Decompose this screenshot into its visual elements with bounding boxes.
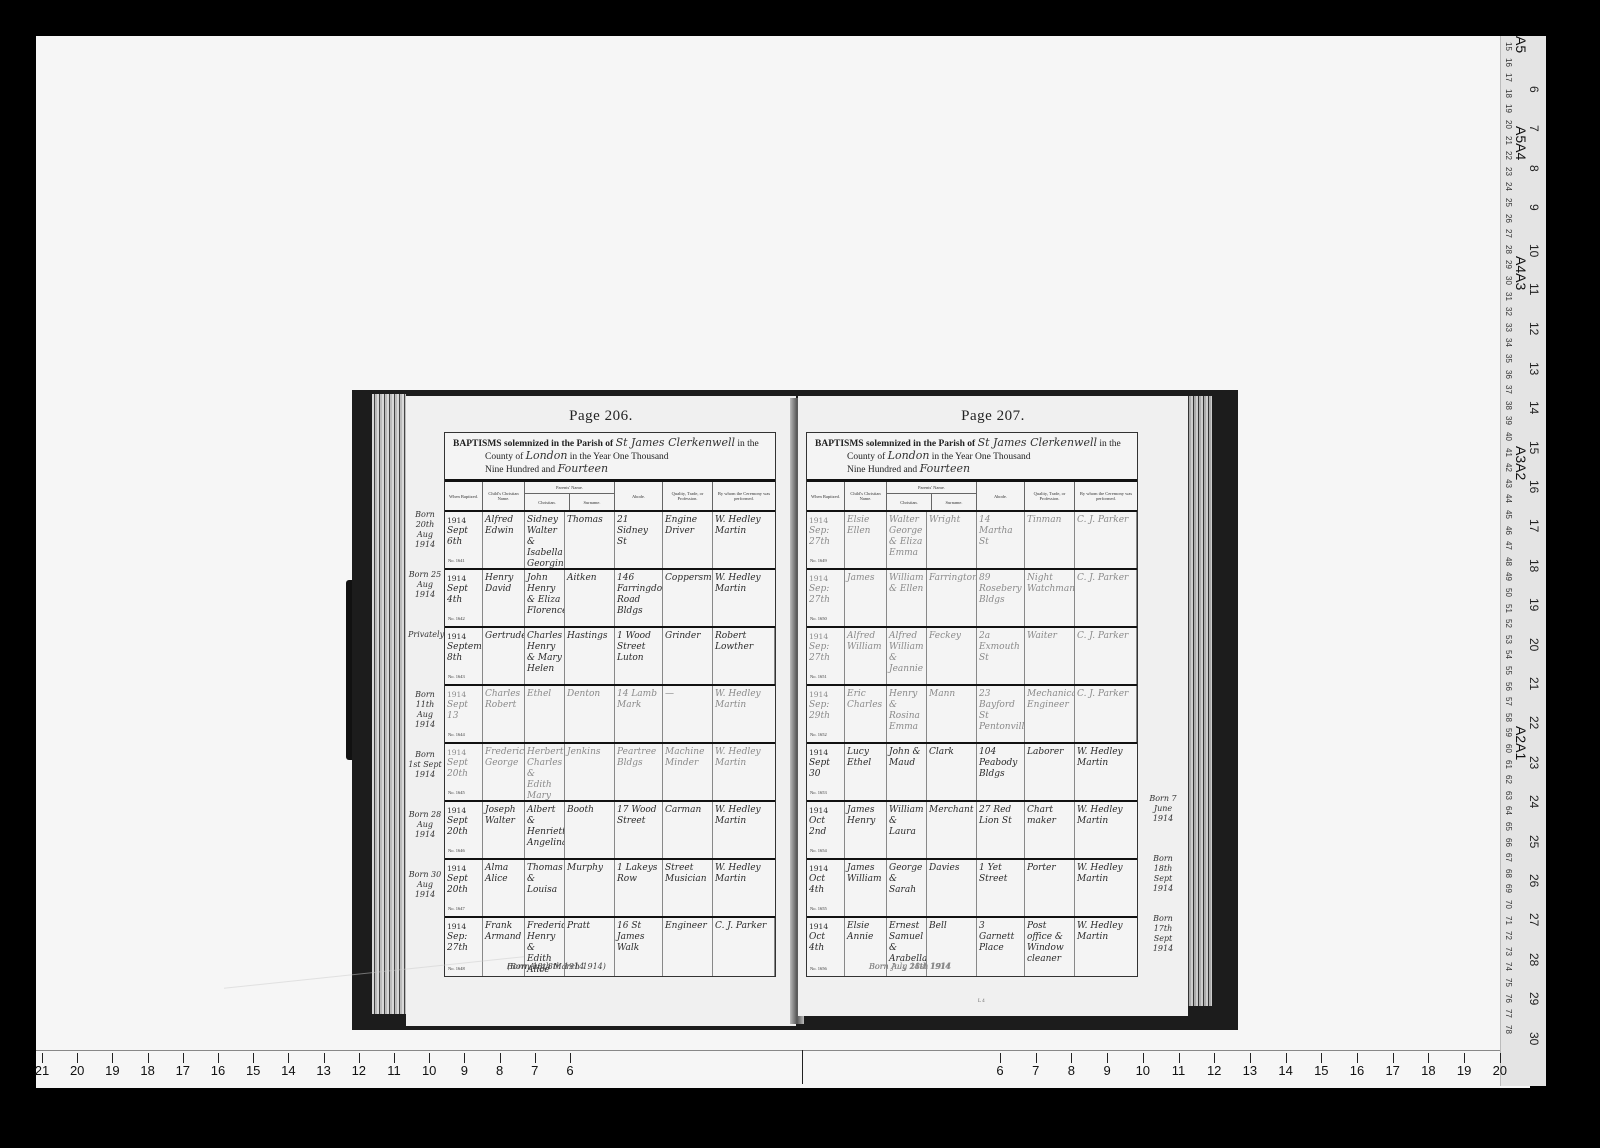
ruler-cm-label: 54 bbox=[1504, 650, 1513, 659]
ruler-tick bbox=[1500, 1053, 1501, 1063]
county-name: London bbox=[526, 449, 568, 462]
cell-child-name: Frederick George bbox=[483, 744, 525, 800]
ruler-label: 20 bbox=[1493, 1063, 1507, 1078]
header-text: in the Year One Thousand bbox=[932, 452, 1031, 462]
cell-when-baptized: 1914Sept 20thNo. 1647 bbox=[445, 860, 483, 916]
ruler-cm-label: 62 bbox=[1504, 775, 1513, 784]
entry-number: No. 1641 bbox=[448, 555, 465, 566]
ruler-tick bbox=[1143, 1053, 1144, 1063]
cell-when-baptized: 1914Sept 4thNo. 1642 bbox=[445, 570, 483, 626]
entry-number: No. 1652 bbox=[810, 729, 827, 740]
ruler-cm-label: 24 bbox=[1504, 182, 1513, 191]
ruler-cm-label: 72 bbox=[1504, 931, 1513, 940]
ruler-cm-label: 39 bbox=[1504, 416, 1513, 425]
ruler-label: 16 bbox=[211, 1063, 225, 1078]
ruler-label: 6 bbox=[566, 1063, 573, 1078]
entry-year: 1914 bbox=[809, 689, 842, 700]
cell-profession: Engineer bbox=[663, 918, 713, 976]
cell-child-name: Gertrude bbox=[483, 628, 525, 684]
ruler-inch-label: 8 bbox=[1527, 165, 1541, 172]
entry-year: 1914 bbox=[809, 573, 842, 584]
ruler-inch-label: 23 bbox=[1527, 756, 1541, 769]
ruler-inch-label: 10 bbox=[1527, 244, 1541, 257]
cell-surname: Jenkins bbox=[565, 744, 615, 800]
entry-number: No. 1650 bbox=[810, 613, 827, 624]
col-profession: Quality, Trade, or Profession. bbox=[663, 482, 713, 510]
cell-when-baptized: 1914Sept 20thNo. 1645 bbox=[445, 744, 483, 800]
ruler-tick bbox=[288, 1053, 289, 1063]
register-entry: 1914Sept 6thNo. 1641Alfred EdwinSidney W… bbox=[445, 512, 775, 570]
cell-profession: — bbox=[663, 686, 713, 742]
header-text: in the bbox=[737, 439, 758, 449]
ruler-tick bbox=[1321, 1053, 1322, 1063]
col-abode: Abode. bbox=[977, 482, 1025, 510]
left-page: Page 206. BAPTISMS solemnized in the Par… bbox=[406, 396, 796, 1026]
cell-when-baptized: 1914Sept 6thNo. 1641 bbox=[445, 512, 483, 568]
ruler-inch-label: 25 bbox=[1527, 835, 1541, 848]
col-when-baptized: When Baptized. bbox=[445, 482, 483, 510]
ruler-tick bbox=[535, 1053, 536, 1063]
register-entry: 1914Oct 4thNo. 1656Elsie AnnieErnest Sam… bbox=[807, 918, 1137, 976]
entry-date: Oct 4th bbox=[809, 874, 842, 896]
entry-year: 1914 bbox=[447, 863, 480, 874]
cell-child-name: James bbox=[845, 570, 887, 626]
ruler-inch-label: 17 bbox=[1527, 519, 1541, 532]
ruler-cm-label: 44 bbox=[1504, 494, 1513, 503]
ruler-cm-label: 40 bbox=[1504, 432, 1513, 441]
ruler-cm-label: 21 bbox=[1504, 136, 1513, 145]
col-profession: Quality, Trade, or Profession. bbox=[1025, 482, 1075, 510]
cell-profession: Machine Minder bbox=[663, 744, 713, 800]
ruler-cm-label: 38 bbox=[1504, 401, 1513, 410]
cell-profession: Night Watchman bbox=[1025, 570, 1075, 626]
ruler-inch-label: 27 bbox=[1527, 913, 1541, 926]
ruler-cm-label: 46 bbox=[1504, 526, 1513, 535]
ruler-inch-label: 14 bbox=[1527, 401, 1541, 414]
cell-parents-christian: Thomas & Louisa bbox=[525, 860, 565, 916]
ruler-label: 7 bbox=[531, 1063, 538, 1078]
ruler-label: 10 bbox=[1136, 1063, 1150, 1078]
margin-birth-note: Born 1st Sept 1914 bbox=[408, 750, 442, 780]
entry-date: Sept 30 bbox=[809, 758, 842, 780]
col-child-name: Child's Christian Name. bbox=[483, 482, 525, 510]
ruler-inch-label: 20 bbox=[1527, 638, 1541, 651]
entry-number: No. 1655 bbox=[810, 903, 827, 914]
ruler-label: 12 bbox=[1207, 1063, 1221, 1078]
cell-profession: Laborer bbox=[1025, 744, 1075, 800]
ruler-tick bbox=[1179, 1053, 1180, 1063]
cell-abode: 16 St James Walk bbox=[615, 918, 663, 976]
ruler-cm-label: 61 bbox=[1504, 760, 1513, 769]
margin-birth-note: Born 18th Sept 1914 bbox=[1146, 854, 1180, 894]
register-header: BAPTISMS solemnized in the Parish of St … bbox=[807, 433, 1137, 482]
header-text: in the bbox=[1099, 439, 1120, 449]
ruler-inch-label: 7 bbox=[1527, 125, 1541, 132]
entry-date: Sept 20th bbox=[447, 758, 480, 780]
ruler-paper-size-label: A4A3 bbox=[1513, 256, 1529, 290]
ruler-cm-label: 18 bbox=[1504, 89, 1513, 98]
entry-year: 1914 bbox=[447, 747, 480, 758]
ruler-paper-size-label: A2A1 bbox=[1513, 726, 1529, 760]
cell-abode: Peartree Bldgs bbox=[615, 744, 663, 800]
page-edges-right bbox=[1186, 396, 1212, 1006]
cell-child-name: Henry David bbox=[483, 570, 525, 626]
ruler-cm-label: 68 bbox=[1504, 869, 1513, 878]
ruler-cm-label: 22 bbox=[1504, 151, 1513, 160]
cell-when-baptized: 1914Sept 20thNo. 1646 bbox=[445, 802, 483, 858]
ruler-cm-label: 33 bbox=[1504, 323, 1513, 332]
ruler-cm-label: 26 bbox=[1504, 214, 1513, 223]
ruler-cm-label: 50 bbox=[1504, 588, 1513, 597]
entry-number: No. 1649 bbox=[810, 555, 827, 566]
cell-surname: Aitken bbox=[565, 570, 615, 626]
cell-abode: 21 Sidney St bbox=[615, 512, 663, 568]
ruler-label: 13 bbox=[1243, 1063, 1257, 1078]
ruler-tick bbox=[1071, 1053, 1072, 1063]
cell-profession: Tinman bbox=[1025, 512, 1075, 568]
ruler-cm-label: 16 bbox=[1504, 58, 1513, 67]
ruler-tick bbox=[218, 1053, 219, 1063]
cell-officiant: C. J. Parker bbox=[1075, 628, 1137, 684]
cell-parents-christian: William & Laura bbox=[887, 802, 927, 858]
page-edges-left bbox=[372, 394, 406, 1014]
cell-officiant: C. J. Parker bbox=[1075, 686, 1137, 742]
ruler-label: 8 bbox=[496, 1063, 503, 1078]
cell-abode: 14 Martha St bbox=[977, 512, 1025, 568]
county-name: London bbox=[888, 449, 930, 462]
ruler-cm-label: 25 bbox=[1504, 198, 1513, 207]
entry-year: 1914 bbox=[447, 805, 480, 816]
cell-parents-christian: Herbert Charles & Edith Mary bbox=[525, 744, 565, 800]
ruler-label: 17 bbox=[176, 1063, 190, 1078]
cell-when-baptized: 1914Sept 30No. 1653 bbox=[807, 744, 845, 800]
header-text: Nine Hundred and bbox=[847, 465, 917, 475]
ruler-label: 6 bbox=[996, 1063, 1003, 1078]
cell-parents-christian: William & Ellen bbox=[887, 570, 927, 626]
ruler-tick bbox=[1428, 1053, 1429, 1063]
cell-officiant: W. Hedley Martin bbox=[713, 686, 775, 742]
col-child-name: Child's Christian Name. bbox=[845, 482, 887, 510]
ruler-cm-label: 27 bbox=[1504, 229, 1513, 238]
cell-surname: Booth bbox=[565, 802, 615, 858]
year-word: Fourteen bbox=[920, 462, 971, 475]
cell-officiant: W. Hedley Martin bbox=[713, 744, 775, 800]
ruler-inch-label: 24 bbox=[1527, 795, 1541, 808]
entry-number: No. 1642 bbox=[448, 613, 465, 624]
ruler-cm-label: 20 bbox=[1504, 120, 1513, 129]
ruler-cm-label: 15 bbox=[1504, 42, 1513, 51]
entry-year: 1914 bbox=[447, 573, 480, 584]
ruler-tick bbox=[1357, 1053, 1358, 1063]
ruler-cm-label: 23 bbox=[1504, 167, 1513, 176]
entry-year: 1914 bbox=[809, 631, 842, 642]
cell-officiant: W. Hedley Martin bbox=[1075, 918, 1137, 976]
entry-number: No. 1646 bbox=[448, 845, 465, 856]
entry-date: Sep: 27th bbox=[809, 584, 842, 606]
cell-surname: Hastings bbox=[565, 628, 615, 684]
ruler-inch-label: 12 bbox=[1527, 322, 1541, 335]
entry-date: Sept 20th bbox=[447, 816, 480, 838]
ruler-tick bbox=[253, 1053, 254, 1063]
ruler-label: 21 bbox=[35, 1063, 49, 1078]
ruler-cm-label: 41 bbox=[1504, 448, 1513, 457]
cell-profession: Engine Driver bbox=[663, 512, 713, 568]
ruler-tick bbox=[324, 1053, 325, 1063]
ruler-tick bbox=[183, 1053, 184, 1063]
cell-child-name: Alfred Edwin bbox=[483, 512, 525, 568]
cell-surname: Wright bbox=[927, 512, 977, 568]
col-officiant: By whom the Ceremony was performed. bbox=[713, 482, 775, 510]
ruler-cm-label: 28 bbox=[1504, 245, 1513, 254]
ruler-cm-label: 53 bbox=[1504, 635, 1513, 644]
cell-officiant: W. Hedley Martin bbox=[713, 512, 775, 568]
ruler-label: 13 bbox=[316, 1063, 330, 1078]
register-entry: 1914Oct 4thNo. 1655James WilliamGeorge &… bbox=[807, 860, 1137, 918]
ruler-label: 15 bbox=[246, 1063, 260, 1078]
cell-when-baptized: 1914Oct 4thNo. 1656 bbox=[807, 918, 845, 976]
cell-abode: 23 Bayford St Pentonville bbox=[977, 686, 1025, 742]
ruler-label: 8 bbox=[1068, 1063, 1075, 1078]
cell-abode: 1 Lakeys Row bbox=[615, 860, 663, 916]
cell-abode: 146 Farringdon Road Bldgs bbox=[615, 570, 663, 626]
cell-parents-christian: Albert & Henrietta Angelina bbox=[525, 802, 565, 858]
cell-surname: Davies bbox=[927, 860, 977, 916]
entry-year: 1914 bbox=[447, 689, 480, 700]
cell-profession: Coppersmith bbox=[663, 570, 713, 626]
entry-number: No. 1653 bbox=[810, 787, 827, 798]
ruler-cm-label: 17 bbox=[1504, 73, 1513, 82]
cell-abode: 1 Wood Street Luton bbox=[615, 628, 663, 684]
entry-number: No. 1654 bbox=[810, 845, 827, 856]
ruler-cm-label: 63 bbox=[1504, 791, 1513, 800]
ruler-cm-label: 74 bbox=[1504, 962, 1513, 971]
cell-abode: 27 Red Lion St bbox=[977, 802, 1025, 858]
entry-date: Sep: 27th bbox=[809, 642, 842, 664]
ruler-center-mark bbox=[802, 1050, 803, 1084]
ruler-label: 15 bbox=[1314, 1063, 1328, 1078]
cell-surname: Clark bbox=[927, 744, 977, 800]
entry-date: September 8th bbox=[447, 642, 480, 664]
margin-birth-note: Born 11th Aug 1914 bbox=[408, 690, 442, 730]
parish-name: St James Clerkenwell bbox=[978, 436, 1097, 449]
cell-child-name: Alfred William bbox=[845, 628, 887, 684]
vertical-ruler: 1516171819202122232425262728293031323334… bbox=[1500, 36, 1546, 1086]
ruler-cm-label: 37 bbox=[1504, 385, 1513, 394]
ruler-cm-label: 34 bbox=[1504, 338, 1513, 347]
col-abode: Abode. bbox=[615, 482, 663, 510]
column-headers: When Baptized. Child's Christian Name. P… bbox=[445, 482, 775, 512]
ruler-inch-label: 9 bbox=[1527, 204, 1541, 211]
margin-birth-note: Privately bbox=[408, 630, 442, 640]
cell-officiant: C. J. Parker bbox=[1075, 570, 1137, 626]
ruler-cm-label: 35 bbox=[1504, 354, 1513, 363]
cell-profession: Porter bbox=[1025, 860, 1075, 916]
cell-surname: Denton bbox=[565, 686, 615, 742]
margin-birth-note: Born 7 June 1914 bbox=[1146, 794, 1180, 824]
cell-when-baptized: 1914Sep: 27thNo. 1651 bbox=[807, 628, 845, 684]
ruler-cm-label: 67 bbox=[1504, 853, 1513, 862]
cell-when-baptized: 1914Sept 13No. 1644 bbox=[445, 686, 483, 742]
ruler-cm-label: 52 bbox=[1504, 619, 1513, 628]
ruler-cm-label: 32 bbox=[1504, 307, 1513, 316]
cell-profession: Chart maker bbox=[1025, 802, 1075, 858]
ruler-cm-label: 49 bbox=[1504, 572, 1513, 581]
register-entry: 1914Sept 20thNo. 1645Frederick GeorgeHer… bbox=[445, 744, 775, 802]
ruler-tick bbox=[1250, 1053, 1251, 1063]
ruler-label: 18 bbox=[1421, 1063, 1435, 1078]
ruler-tick bbox=[77, 1053, 78, 1063]
entry-year: 1914 bbox=[447, 515, 480, 526]
ruler-cm-label: 65 bbox=[1504, 822, 1513, 831]
ruler-inch-label: 21 bbox=[1527, 677, 1541, 690]
entry-date: Sept 20th bbox=[447, 874, 480, 896]
cell-child-name: Elsie Ellen bbox=[845, 512, 887, 568]
ruler-tick bbox=[1464, 1053, 1465, 1063]
register-entry: 1914Sep: 27thNo. 1650JamesWilliam & Elle… bbox=[807, 570, 1137, 628]
cell-officiant: Robert Lowther bbox=[713, 628, 775, 684]
ruler-tick bbox=[359, 1053, 360, 1063]
cell-abode: 14 Lamb Mark bbox=[615, 686, 663, 742]
cell-parents-christian: Sidney Walter & Isabella Georgina bbox=[525, 512, 565, 568]
page-number: Page 207. bbox=[798, 408, 1188, 425]
entry-number: No. 1643 bbox=[448, 671, 465, 682]
cell-surname: Thomas bbox=[565, 512, 615, 568]
cell-abode: 2a Exmouth St bbox=[977, 628, 1025, 684]
register-entries: 1914Sept 6thNo. 1641Alfred EdwinSidney W… bbox=[445, 512, 775, 976]
cell-surname: Murphy bbox=[565, 860, 615, 916]
register-entry: 1914Sep: 29thNo. 1652Eric CharlesHenry &… bbox=[807, 686, 1137, 744]
ruler-label: 18 bbox=[140, 1063, 154, 1078]
ruler-inch-label: 13 bbox=[1527, 362, 1541, 375]
ruler-cm-label: 64 bbox=[1504, 806, 1513, 815]
ruler-cm-label: 29 bbox=[1504, 260, 1513, 269]
header-text: BAPTISMS solemnized in the Parish of bbox=[453, 439, 613, 449]
ruler-label: 9 bbox=[461, 1063, 468, 1078]
cell-parents-christian: George & Sarah bbox=[887, 860, 927, 916]
cell-when-baptized: 1914Sep: 29thNo. 1652 bbox=[807, 686, 845, 742]
register-entry: 1914Sept 20thNo. 1646Joseph WalterAlbert… bbox=[445, 802, 775, 860]
entry-year: 1914 bbox=[809, 515, 842, 526]
ruler-cm-label: 69 bbox=[1504, 884, 1513, 893]
entry-year: 1914 bbox=[809, 921, 842, 932]
entry-date: Sept 6th bbox=[447, 526, 480, 548]
ruler-tick bbox=[1036, 1053, 1037, 1063]
ruler-inch-label: 6 bbox=[1527, 86, 1541, 93]
cell-parents-christian: Charles Henry & Mary Helen bbox=[525, 628, 565, 684]
ruler-cm-label: 78 bbox=[1504, 1025, 1513, 1034]
register-entry: 1914September 8thNo. 1643GertrudeCharles… bbox=[445, 628, 775, 686]
ruler-inch-label: 15 bbox=[1527, 441, 1541, 454]
cell-when-baptized: 1914Sep: 27thNo. 1649 bbox=[807, 512, 845, 568]
ruler-label: 9 bbox=[1103, 1063, 1110, 1078]
ruler-label: 17 bbox=[1385, 1063, 1399, 1078]
ruler-label: 20 bbox=[70, 1063, 84, 1078]
cell-profession: Carman bbox=[663, 802, 713, 858]
register-entry: 1914Sep: 27thNo. 1651Alfred WilliamAlfre… bbox=[807, 628, 1137, 686]
entry-date: Sep: 29th bbox=[809, 700, 842, 722]
margin-birth-note: Born 30 Aug 1914 bbox=[408, 870, 442, 900]
page-number: Page 206. bbox=[406, 408, 796, 425]
cell-child-name: Lucy Ethel bbox=[845, 744, 887, 800]
ruler-inch-label: 29 bbox=[1527, 992, 1541, 1005]
ruler-inch-label: 22 bbox=[1527, 716, 1541, 729]
ruler-cm-label: 77 bbox=[1504, 1009, 1513, 1018]
ruler-cm-label: 36 bbox=[1504, 370, 1513, 379]
entry-date: Sept 13 bbox=[447, 700, 480, 722]
cell-when-baptized: 1914Sep: 27thNo. 1650 bbox=[807, 570, 845, 626]
header-text: in the Year One Thousand bbox=[570, 452, 669, 462]
cell-parents-christian: Ernest Samuel & Arabella bbox=[887, 918, 927, 976]
cell-parents-christian: John Henry & Eliza Florence bbox=[525, 570, 565, 626]
ruler-label: 10 bbox=[422, 1063, 436, 1078]
ruler-label: 16 bbox=[1350, 1063, 1364, 1078]
ruler-tick bbox=[148, 1053, 149, 1063]
header-text: BAPTISMS solemnized in the Parish of bbox=[815, 439, 975, 449]
ruler-cm-label: 71 bbox=[1504, 916, 1513, 925]
ruler-inch-label: 26 bbox=[1527, 874, 1541, 887]
ruler-cm-label: 30 bbox=[1504, 276, 1513, 285]
ruler-tick bbox=[42, 1053, 43, 1063]
ruler-paper-size-label: A5 bbox=[1513, 36, 1529, 53]
margin-birth-note: Born 17th Sept 1914 bbox=[1146, 914, 1180, 954]
cell-when-baptized: 1914September 8thNo. 1643 bbox=[445, 628, 483, 684]
entry-year: 1914 bbox=[809, 863, 842, 874]
cell-parents-christian: Henry & Rosina Emma bbox=[887, 686, 927, 742]
entry-number: No. 1644 bbox=[448, 729, 465, 740]
cell-officiant: C. J. Parker bbox=[1075, 512, 1137, 568]
cell-child-name: Charles Robert bbox=[483, 686, 525, 742]
right-page: Page 207. BAPTISMS solemnized in the Par… bbox=[798, 396, 1188, 1016]
cell-officiant: W. Hedley Martin bbox=[713, 802, 775, 858]
header-text: Nine Hundred and bbox=[485, 465, 555, 475]
register-header: BAPTISMS solemnized in the Parish of St … bbox=[445, 433, 775, 482]
ruler-tick bbox=[112, 1053, 113, 1063]
ruler-tick bbox=[1393, 1053, 1394, 1063]
cell-when-baptized: 1914Oct 2ndNo. 1654 bbox=[807, 802, 845, 858]
cell-surname: Farrington bbox=[927, 570, 977, 626]
ruler-tick bbox=[1000, 1053, 1001, 1063]
year-word: Fourteen bbox=[558, 462, 609, 475]
ruler-paper-size-label: A5A4 bbox=[1513, 126, 1529, 160]
ruler-label: 7 bbox=[1032, 1063, 1039, 1078]
cell-officiant: W. Hedley Martin bbox=[713, 860, 775, 916]
cell-surname: Merchant bbox=[927, 802, 977, 858]
ruler-inch-label: 11 bbox=[1527, 283, 1541, 295]
ruler-label: 11 bbox=[387, 1063, 401, 1078]
cell-officiant: W. Hedley Martin bbox=[1075, 802, 1137, 858]
ruler-paper-size-label: A3A2 bbox=[1513, 446, 1529, 480]
ruler-inch-label: 16 bbox=[1527, 480, 1541, 493]
cell-when-baptized: 1914Oct 4thNo. 1655 bbox=[807, 860, 845, 916]
entry-date: Sept 4th bbox=[447, 584, 480, 606]
ruler-cm-label: 19 bbox=[1504, 104, 1513, 113]
col-parents: Parents' Name. Christian.Surname. bbox=[525, 482, 615, 510]
cell-child-name: Alma Alice bbox=[483, 860, 525, 916]
cell-officiant: W. Hedley Martin bbox=[1075, 744, 1137, 800]
cell-child-name: Elsie Annie bbox=[845, 918, 887, 976]
cell-parents-christian: Ethel bbox=[525, 686, 565, 742]
cell-profession: Grinder bbox=[663, 628, 713, 684]
entry-number: No. 1651 bbox=[810, 671, 827, 682]
entry-year: 1914 bbox=[447, 631, 480, 642]
register-entry: 1914Sept 30No. 1653Lucy EthelJohn & Maud… bbox=[807, 744, 1137, 802]
cell-abode: 17 Wood Street bbox=[615, 802, 663, 858]
entry-date: Oct 2nd bbox=[809, 816, 842, 838]
ruler-tick bbox=[570, 1053, 571, 1063]
ruler-tick bbox=[429, 1053, 430, 1063]
ruler-cm-label: 70 bbox=[1504, 900, 1513, 909]
cell-parents-christian: Walter George & Eliza Emma bbox=[887, 512, 927, 568]
